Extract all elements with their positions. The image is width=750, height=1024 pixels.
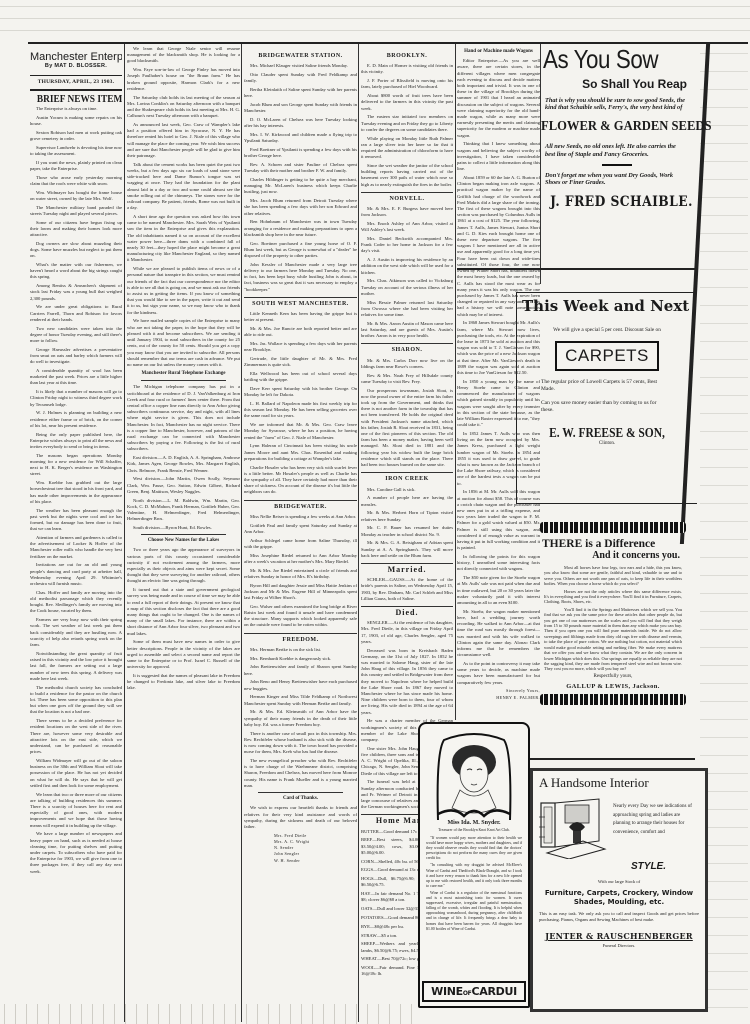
news-item: The Saturday club holds its last meeting… [127, 95, 240, 120]
news-item: John Kessler of Manchester made a very l… [244, 262, 357, 293]
section-heading-norvell: NORVELL. [361, 192, 453, 202]
news-item: If you want the news, plainly printed on… [30, 160, 122, 172]
news-item: Since the wet weather the janitor of the… [361, 163, 453, 188]
freedom-items: Mrs. Herman Bertke is on the sick list.M… [244, 647, 357, 789]
masthead-byline: By MAT D. BLOSSER. [30, 63, 122, 69]
divider [602, 164, 632, 166]
telephone-paragraph: West division.—John Martin, Owen Scully,… [127, 476, 240, 495]
interior-products: Furniture, Carpets, Crockery, Window Sha… [533, 889, 705, 907]
south-west-manchester-items: Little Kenneth Kern has been having the … [244, 311, 357, 496]
carpets-pitch: Can you save money easier than by coming… [541, 400, 667, 413]
news-item: Dave Kerr spent Saturday with his brothe… [244, 386, 357, 398]
section-heading-died: Died. [361, 606, 453, 616]
news-item: Fred Boettner of Ypsilanti is spending a… [244, 147, 357, 159]
column-local-news: We learn that George Niale senior will r… [127, 46, 240, 1018]
news-item: Byron Hill and daughter Jessie and Miss … [244, 583, 357, 602]
news-item: Little Kenneth Kern has been having the … [244, 311, 357, 323]
masthead-title: Manchester Enterprise [30, 54, 122, 60]
news-item: Invitations are out for an old and young… [30, 562, 122, 587]
news-item: George Haeussler advertises a preventati… [30, 347, 122, 366]
telephone-list: The Michigan telephone company has put i… [127, 384, 240, 531]
news-item: The weather has been pleasant enough the… [30, 508, 122, 533]
news-item: Mr. & Mrs. E. F. Burgess have moved here… [361, 206, 453, 218]
news-item: The Manchester military band paraded the… [30, 205, 122, 217]
telephone-paragraph: East division.—A. D. English, A. A. Spri… [127, 455, 240, 474]
ornamental-border [540, 522, 686, 533]
news-item: D. O. McLaren of Chelsea was here Tuesda… [244, 117, 357, 129]
logo-word: CARDUI [471, 985, 516, 998]
letter-paragraph: Thinking that I knew something about wag… [457, 141, 540, 172]
handsome-interior-advertisement: A Handsome Interior Nearly every Day we … [530, 768, 708, 1012]
seeds-advertisement: As You Sow So Shall You Reap That is why… [541, 44, 693, 264]
news-item: Otto Clauder spent Sunday with Fred Feld… [244, 72, 357, 84]
news-item: Two new candidates were taken into the d… [30, 326, 122, 345]
news-item: Mrs. Bernhardt Koebbe is dangerously sic… [244, 656, 357, 662]
interior-headline: A Handsome Interior [539, 775, 705, 791]
married-notice: SCHLEH—GAUSS.—At the home of the bride's… [361, 577, 453, 602]
seeds-merchant: J. FRED SCHAIBLE. [550, 194, 684, 210]
carpets-offer: We will give a special 5 per cent. Disco… [517, 327, 697, 333]
sharon-items: Mr. & Mrs. Carlos Dorr now live on the I… [361, 358, 453, 469]
news-item: Ella Wellwood has been out of school sev… [244, 371, 357, 383]
news-item: Mrs. Michael Klauger visited Saline frie… [244, 63, 357, 69]
news-item: Charlie Hosaler who has been very sick w… [244, 465, 357, 496]
news-item: L. H. Ballard of Napoleon made his first… [244, 401, 357, 420]
news-item: Farmers are very busy now with their spr… [30, 617, 122, 648]
masthead-dateline: THURSDAY, APRIL, 23 1903. [30, 75, 122, 90]
divider [141, 534, 226, 535]
news-item: Lynn Haleran of Cincinnati has been visi… [244, 443, 357, 462]
column-rule [124, 44, 125, 1022]
news-item: Sexton Robison had men at work putting o… [30, 130, 122, 142]
difference-merchant: GALLUP & LEWIS, Jackson. [540, 683, 686, 690]
newspaper-page: Manchester Enterprise By MAT D. BLOSSER.… [0, 0, 750, 1024]
news-item: Jacob Blum and son George spent Sunday w… [244, 102, 357, 114]
letter-paragraph: Mr. Stoehr, the wagon maker mentioned he… [457, 609, 540, 659]
column-correspondence: BRIDGEWATER STATION. Mrs. Michael Klauge… [244, 46, 357, 1018]
interior-text: Nearly every Day we see indications of a… [613, 803, 697, 837]
news-item: William Widmayer will go out of the salo… [30, 758, 122, 789]
carpets-product: CARPETS [555, 341, 659, 371]
news-item: The Enterprise is always on time. [30, 106, 122, 112]
seeds-subhead: So Shall You Reap [541, 77, 687, 91]
news-item: While playing on Monday little Ruth Palm… [361, 136, 453, 161]
news-item: Mr. & Mrs. G. A. Beisigham of Adrian spe… [361, 540, 453, 559]
card-of-thanks-text: We wish to express our heartfelt thanks … [244, 805, 357, 830]
obituary-paragraph: SENGLER.—At the residence of his daughte… [361, 620, 453, 645]
bridgewater-station-items: Mrs. Michael Klauger visited Saline frie… [244, 63, 357, 293]
news-item: The new evangelical preacher who with Re… [244, 758, 357, 789]
news-item: Attention of farmers and gardeners is ca… [30, 535, 122, 560]
testimonial-name: Miss Ida. M. Snyder. [424, 820, 524, 826]
page-top-margin [0, 0, 750, 40]
section-heading-married: Married. [361, 563, 453, 573]
room-illustration [539, 797, 607, 859]
telephone-heading: Manchester Rural Telephone Exchange [127, 371, 240, 377]
norvell-items: Mr. & Mrs. E. F. Burgess have moved here… [361, 206, 453, 339]
section-heading-freedom: FREEDOM. [244, 633, 357, 643]
column-rule [455, 44, 456, 720]
letter-paragraph: As to the point in controversy it may ta… [457, 661, 540, 686]
lakes-article: Two or three years ago the appearance of… [127, 547, 240, 691]
section-heading-south-west-manchester: SOUTH WEST MANCHESTER. [244, 297, 357, 307]
news-item: We are under great obligations to Rural … [30, 304, 122, 323]
news-item: W. J. Holmes is planning on building a n… [30, 410, 122, 429]
news-item: There is another case of small pox in th… [244, 731, 357, 756]
news-item: Geo. Boettner purchased a fine young hor… [244, 241, 357, 260]
news-item: Our prosperous townsman, Josiah Sloat, i… [361, 388, 453, 469]
article-paragraph: It turned out that a state and governmen… [127, 587, 240, 637]
wine-of-cardui-advertisement: Miss Ida. M. Snyder. Treasurer of the Br… [418, 722, 530, 1008]
news-item: Mr. & Mrs. Carlos Dorr now live on the I… [361, 358, 453, 370]
gallup-lewis-advertisement: THERE is a Difference And it concerns yo… [540, 522, 686, 702]
news-item: Those who arose early yesterday morning … [30, 175, 122, 187]
news-item: Mrs. I. W. Kirkwood and children made a … [244, 132, 357, 144]
news-item: Mrs. Jacob Blum returned from Detroit Tu… [244, 198, 357, 217]
ad-divider [457, 268, 695, 270]
brief-news-heading: BRIEF NEWS ITEMS. [37, 96, 115, 102]
interior-merchant: JENTER & RAUSCHENBERGER [533, 931, 705, 941]
ad-paragraph: Wine of Cardui is a regulator of the men… [426, 891, 522, 932]
ad-paragraph: "If women would pay more attention to th… [426, 836, 522, 861]
column-brief-news: Manchester Enterprise By MAT D. BLOSSER.… [30, 46, 122, 1018]
news-item: Mrs. Chas. Atkinson was called to Vicksb… [361, 278, 453, 297]
interior-small-text: This is an easy task. We only ask you to… [539, 911, 699, 923]
news-item: The masons began operations Monday morni… [30, 453, 122, 478]
letter-paragraph: Editor Enterprise:—As you are well aware… [457, 58, 540, 139]
ad-paragraph: "In consulting with my druggist he advis… [426, 863, 522, 888]
news-item: Miss Nellie Reiser is spending a few wee… [244, 514, 357, 520]
wagons-heading: Hand or Machine made Wagons [457, 49, 540, 55]
news-item: About $800 worth of fruit trees have bee… [361, 93, 453, 112]
divider [258, 792, 343, 793]
news-item: We have a large number of newspapers and… [30, 831, 122, 874]
news-item: Among Rentiss & Amsnchen's shipment of s… [30, 283, 122, 302]
news-item: Austin Yocum is making some repairs on h… [30, 115, 122, 127]
obituary-paragraph: Deceased was born in Kreisbach Baden Ger… [361, 648, 453, 716]
news-item: A short time ago the question was asked … [127, 214, 240, 264]
telephone-paragraph: South division.—Byron Hunt, Ed. Bowles. [127, 525, 240, 531]
brooklyn-items: E. D. Main of Homer is visiting old frie… [361, 63, 453, 188]
news-item: Mrs. Jas. Wallace is spending a few days… [244, 341, 357, 353]
lakes-heading: Choose New Names for the Lakes [127, 538, 240, 544]
telephone-paragraph: North division.—L. M. Baldwin, Wm. Marti… [127, 498, 240, 523]
interior-stock-line: With our large Stock of [533, 879, 705, 884]
column-rule [358, 44, 359, 1022]
news-item: It is likely that a number of masons wil… [30, 389, 122, 408]
news-item: Notwithstanding the great quantity of fr… [30, 651, 122, 682]
news-item: Geo. Walser and others examined the long… [244, 604, 357, 629]
news-item: Bertha Kleinlaith of Saline spent Sunday… [244, 87, 357, 99]
difference-subhead: And it concerns you. [540, 550, 680, 561]
news-item: Mr. & Mrs. Ed. Kleinsmith of Ann Arbor h… [244, 709, 357, 728]
news-item: As announced last week, Geo. Craw of Wam… [127, 122, 240, 159]
divider [141, 380, 226, 381]
column-rule [241, 44, 242, 1022]
section-heading-bridgewater-station: BRIDGEWATER STATION. [244, 50, 357, 59]
seeds-reminder: Don't forget me when you want Dry Goods,… [545, 172, 685, 186]
news-item: John Reno and Henry Breitenwisher have e… [244, 679, 357, 691]
news-item: Mrs. Enoch Ashley of Ann Arbor, visited … [361, 221, 453, 233]
news-item: Mrs. Caroline Gall is sick. [361, 487, 453, 493]
bridgewater-items: Miss Nellie Reiser is spending a few wee… [244, 514, 357, 629]
news-item: Mr. & Mrs. Joe Riedel entertained a circ… [244, 568, 357, 580]
news-item: The methodist church society has conclud… [30, 685, 122, 716]
brief-news-list: The Enterprise is always on time.Austin … [30, 106, 122, 875]
card-of-thanks-heading: Card of Thanks. [244, 796, 357, 802]
signer-name: W. H. Sender [244, 858, 357, 864]
ad-paragraph: You'll find it in the Springs and Mattre… [544, 607, 682, 672]
ad-paragraph: Horses are not the only articles where t… [544, 589, 682, 605]
news-item: The eastern star initiated two members o… [361, 114, 453, 133]
interior-merchant-role: Funeral Directors. [533, 943, 705, 948]
section-heading-sharon: SHARON. [361, 343, 453, 353]
news-item: Charles Hildinger is getting to be quite… [244, 177, 357, 196]
wine-of-cardui-logo: WINEOFCARDUI [422, 981, 526, 1002]
news-item: John Breitenwisher and family of Sharon … [244, 664, 357, 676]
article-paragraph: Two or three years ago the appearance of… [127, 547, 240, 584]
news-item: Supervisor Landwehr is devoting his time… [30, 145, 122, 157]
ad-paragraph: Most all horses have four legs, two ears… [544, 565, 682, 587]
card-of-thanks-signers: Mrs. Fred DietleMrs. A. C. WrightN. Send… [244, 833, 357, 864]
signature: HENRY E. PALMER. [457, 695, 540, 701]
news-item: Chas. Hoffer and family are moving into … [30, 590, 122, 615]
telephone-paragraph: The Michigan telephone company has put i… [127, 384, 240, 452]
news-item: E. D. Main of Homer is visiting old frie… [361, 63, 453, 75]
difference-closing: Respectfully yours, [540, 674, 686, 679]
news-item: Wm. Koebbe has grubbed out the large hor… [30, 480, 122, 505]
news-item: Mrs. Daniel Beckwith accompanied Mrs. Fr… [361, 236, 453, 255]
testimonial-title: Treasurer of the Brooklyn Knot Knot Art … [424, 828, 524, 832]
news-item: Mr. C. F. Bauer has resumed her duties M… [361, 525, 453, 537]
difference-headline: THERE is a Difference [542, 538, 686, 550]
article-paragraph: Some of them must have new names in orde… [127, 639, 240, 670]
news-item: Wm. Widmayer has bought the frame house … [30, 190, 122, 202]
carpets-price-note: The regular price of Lowell Carpets is 5… [541, 379, 667, 392]
section-heading-bridgewater: BRIDGEWATER. [244, 500, 357, 510]
ad-divider [530, 758, 695, 760]
news-item: Gertrude, the little daughter of Mr. & M… [244, 356, 357, 368]
article-paragraph: It is suggested that the names of pleasa… [127, 673, 240, 692]
news-item: J. F. Porter of Blissfield is moving ont… [361, 78, 453, 90]
seeds-headline: As You Sow [543, 44, 672, 75]
carpets-town: Clinton. [517, 441, 697, 446]
letter-paragraph: In following the points for this wagon h… [457, 554, 540, 573]
news-item: Herman Kinger and Miss Tilde Feldkamp of… [244, 694, 357, 706]
section-heading-brooklyn: BROOKLYN. [361, 50, 453, 59]
news-item: A considerable quantity of wool has been… [30, 368, 122, 387]
interior-style-word: STYLE. [631, 861, 666, 872]
news-item: Arthur Schlegel came home from Saline Th… [244, 538, 357, 550]
news-item: Miss Josephine Riedel returned to Ann Ar… [244, 553, 357, 565]
news-item: There seems to be a decided preference f… [30, 718, 122, 755]
carpets-headline: This Week and Next [517, 293, 697, 315]
seeds-note: All new Seeds, no old ones left. He also… [545, 143, 685, 157]
news-item: A. J. Austin is improving his residence … [361, 257, 453, 276]
letter-paragraph: The $50 note given for the Stoehr wagon … [457, 575, 540, 606]
carpets-merchant: E. W. FREESE & SON, [531, 425, 684, 441]
carpets-advertisement: This Week and Next We will give a specia… [516, 292, 697, 504]
news-item: Mr. & Mrs. Aaron Austin of Mason came he… [361, 321, 453, 340]
news-item: Rev. A. Schoen and sister Pauline of Che… [244, 162, 357, 174]
news-item: Some of our citizens have begun fixing u… [30, 220, 122, 239]
portrait-illustration [434, 732, 514, 822]
seeds-product: FLOWER & GARDEN SEEDS [541, 119, 678, 135]
news-item: What's the matter with our fishermen, we… [30, 262, 122, 281]
news-item: Being the only paper published here, the… [30, 432, 122, 451]
iron-creek-items: Mrs. Caroline Gall is sick.A number of p… [361, 487, 453, 559]
news-item: Mrs. Herman Bertke is on the sick list. [244, 647, 357, 653]
news-item: Wm. Faye son-in-law of George Finley has… [127, 67, 240, 92]
ornamental-border [540, 694, 686, 705]
difference-body: Most all horses have four legs, two ears… [544, 565, 682, 672]
news-item: A number of people here are having the m… [361, 495, 453, 507]
logo-word: WINE [431, 985, 463, 998]
news-item: We are informed that Mr. & Mrs. Geo. Cra… [244, 422, 357, 441]
news-item: Talk about the cement works has been qui… [127, 162, 240, 212]
news-item: Miss Bessie Palmer returned last Saturda… [361, 300, 453, 319]
news-item: Rev. & Mrs. Noah Frey of Hillsdale count… [361, 373, 453, 385]
news-item: We learn that two or three more of our c… [30, 792, 122, 829]
news-item: We have mailed sample copies of the Ente… [127, 318, 240, 368]
news-item: We learn that George Niale senior will r… [127, 46, 240, 65]
local-news-list: We learn that George Niale senior will r… [127, 46, 240, 368]
news-item: Mr. & Mrs. Herbert Horn of Tipton visite… [361, 510, 453, 522]
news-item: Ben Hohnbaum of Manchester was in town T… [244, 219, 357, 238]
news-item: While we are pleased to publish items of… [127, 266, 240, 316]
news-item: Gottlieb Paul and family spent Saturday … [244, 523, 357, 535]
news-item: Dog owners are slow about muzzling their… [30, 241, 122, 260]
news-item: Mr. & Mrs. Joe Runcie are both reported … [244, 326, 357, 338]
seeds-intro: That is why you should be sure to sow go… [545, 97, 685, 111]
section-heading-iron-creek: IRON CREEK [361, 472, 453, 482]
testimonial-body: "If women would pay more attention to th… [426, 836, 522, 934]
